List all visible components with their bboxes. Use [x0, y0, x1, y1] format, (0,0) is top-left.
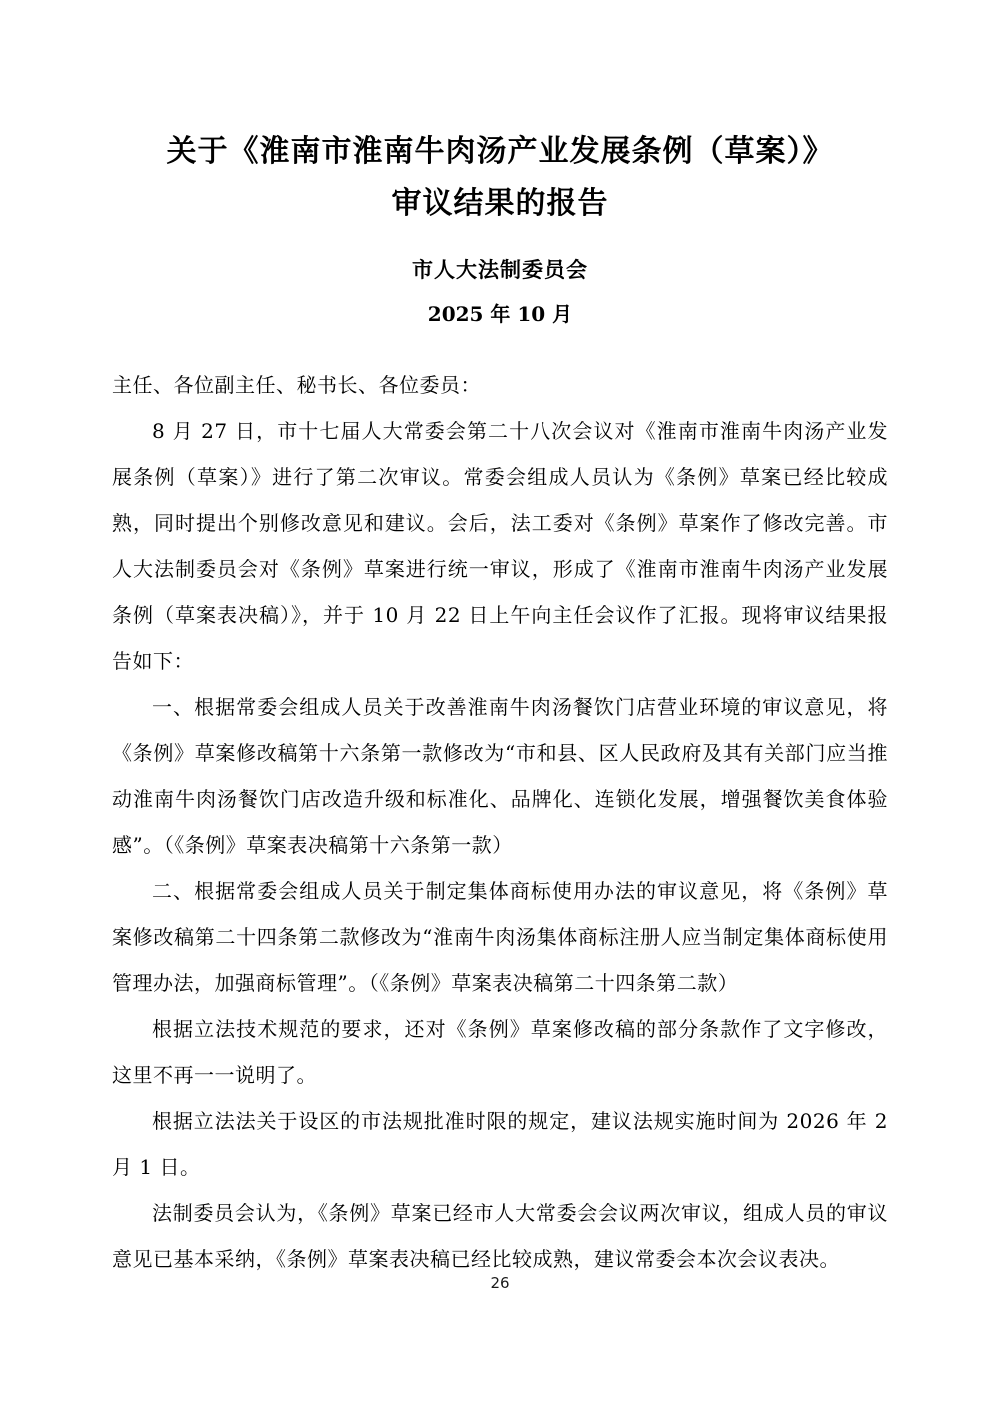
- body-paragraph: 根据立法技术规范的要求，还对《条例》草案修改稿的部分条款作了文字修改，这里不再一…: [112, 1006, 888, 1098]
- date-line: 2025 年 10 月: [112, 300, 888, 328]
- body-paragraph: 二、根据常委会组成人员关于制定集体商标使用办法的审议意见，将《条例》草案修改稿第…: [112, 868, 888, 1006]
- title-line-1: 关于《淮南市淮南牛肉汤产业发展条例（草案）》: [112, 126, 888, 178]
- body-paragraph: 根据立法法关于设区的市法规批准时限的规定，建议法规实施时间为 2026 年 2 …: [112, 1098, 888, 1190]
- body-paragraph: 法制委员会认为，《条例》草案已经市人大常委会会议两次审议，组成人员的审议意见已基…: [112, 1190, 888, 1282]
- document-page: 关于《淮南市淮南牛肉汤产业发展条例（草案）》 审议结果的报告 市人大法制委员会 …: [0, 0, 1000, 1415]
- body-paragraph: 8 月 27 日，市十七届人大常委会第二十八次会议对《淮南市淮南牛肉汤产业发展条…: [112, 408, 888, 684]
- title-line-2: 审议结果的报告: [112, 178, 888, 230]
- page-number: 26: [0, 1274, 1000, 1292]
- body-paragraph: 一、根据常委会组成人员关于改善淮南牛肉汤餐饮门店营业环境的审议意见，将《条例》草…: [112, 684, 888, 868]
- document-body: 主任、各位副主任、秘书长、各位委员： 8 月 27 日，市十七届人大常委会第二十…: [112, 362, 888, 1282]
- salutation: 主任、各位副主任、秘书长、各位委员：: [112, 362, 888, 408]
- document-title: 关于《淮南市淮南牛肉汤产业发展条例（草案）》 审议结果的报告: [112, 126, 888, 230]
- author-line: 市人大法制委员会: [112, 256, 888, 284]
